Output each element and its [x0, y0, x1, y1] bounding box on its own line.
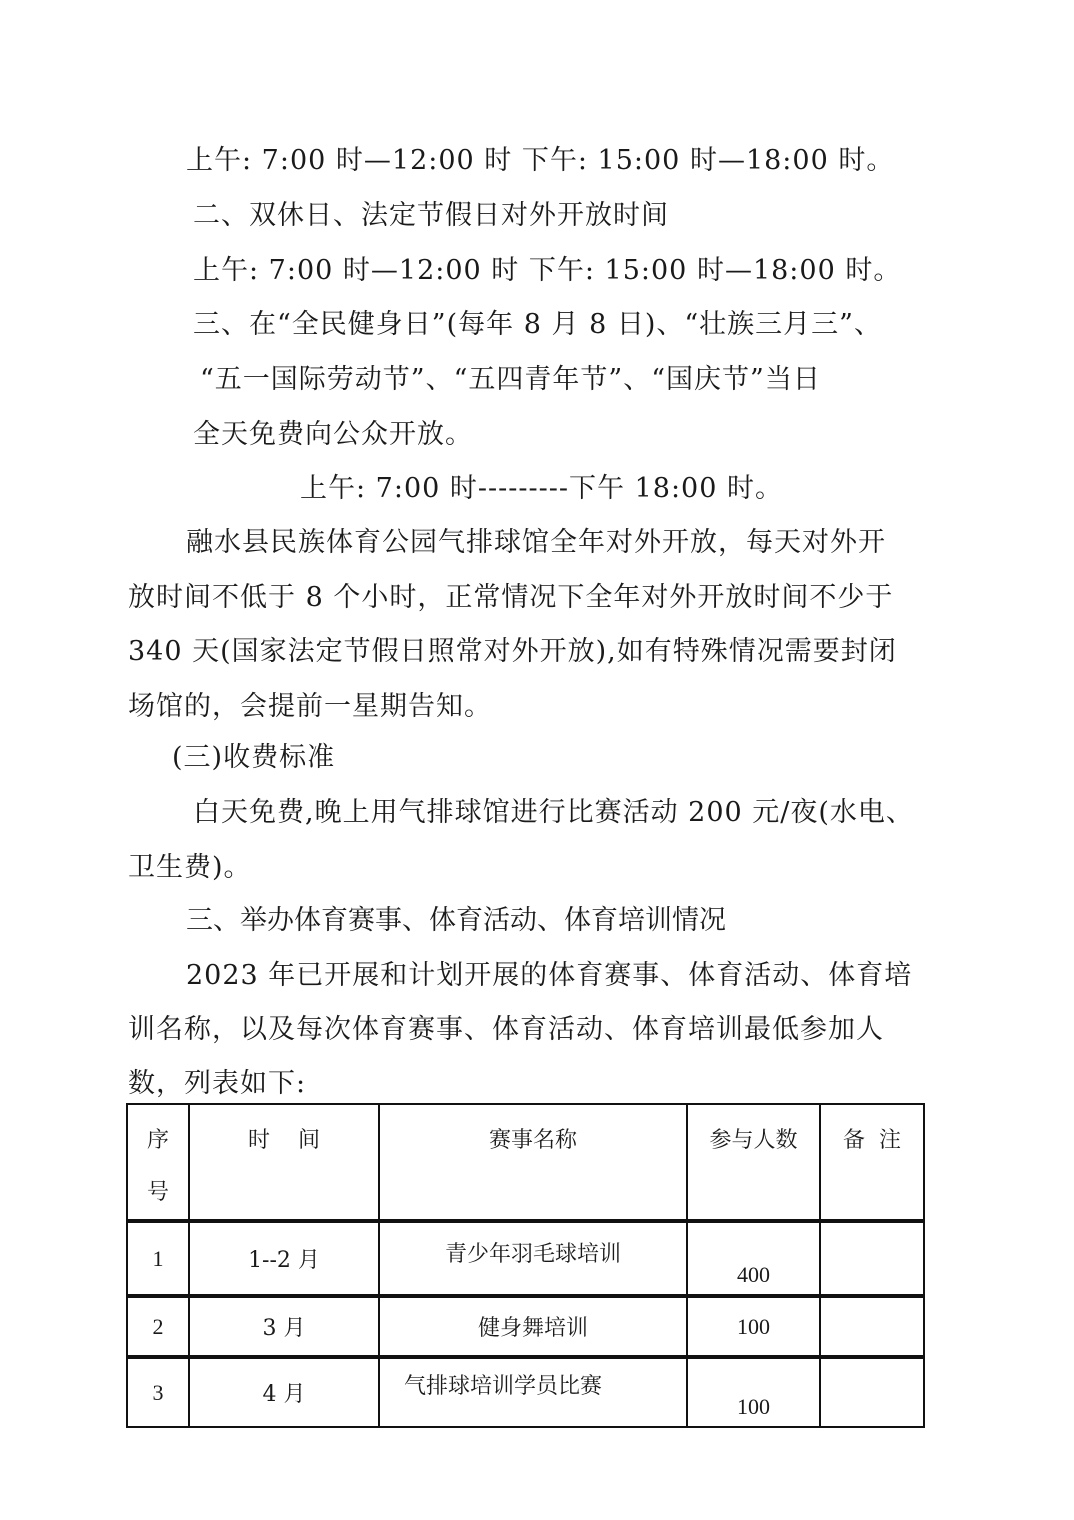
fee-line-1: 白天免费,晚上用气排球馆进行比赛活动 200 元/夜(水电、 — [193, 795, 914, 831]
row-remarks — [820, 1221, 924, 1296]
row-participants: 100 — [687, 1296, 820, 1357]
weekend-hours-line: 上午: 7:00 时—12:00 时 下午: 15:00 时—18:00 时。 — [193, 253, 901, 289]
free-days-line-1: 三、在“全民健身日”(每年 8 月 8 日)、“壮族三月三”、 — [193, 307, 882, 343]
row-name: 气排球培训学员比赛 — [379, 1357, 687, 1427]
row-participants: 400 — [687, 1221, 820, 1296]
table-row: 3 4 月 气排球培训学员比赛 100 — [127, 1357, 924, 1427]
events-table: 序 号 时 间 赛事名称 参与人数 备 注 1 1--2 月 青少年羽毛球培训 … — [126, 1103, 925, 1428]
table-header-row: 序 号 时 间 赛事名称 参与人数 备 注 — [127, 1104, 924, 1221]
row-time: 3 月 — [189, 1296, 379, 1357]
header-name: 赛事名称 — [379, 1104, 687, 1221]
opening-paragraph-line-3: 340 天(国家法定节假日照常对外开放),如有特殊情况需要封闭 — [128, 634, 897, 670]
section-three-heading: 三、举办体育赛事、体育活动、体育培训情况 — [186, 903, 726, 939]
header-seq: 序 号 — [127, 1104, 189, 1221]
free-days-line-2: “五一国际劳动节”、“五四青年节”、“国庆节”当日 — [200, 362, 821, 398]
row-time: 1--2 月 — [189, 1221, 379, 1296]
header-seq-line1: 序 — [147, 1128, 169, 1153]
weekend-hours-heading: 二、双休日、法定节假日对外开放时间 — [193, 198, 669, 234]
row-remarks — [820, 1357, 924, 1427]
row-time: 4 月 — [189, 1357, 379, 1427]
row-name: 青少年羽毛球培训 — [379, 1221, 687, 1296]
opening-paragraph-line-2: 放时间不低于 8 个小时，正常情况下全年对外开放时间不少于 — [128, 580, 893, 616]
free-days-line-3: 全天免费向公众开放。 — [193, 417, 473, 453]
header-time: 时 间 — [189, 1104, 379, 1221]
row-name: 健身舞培训 — [379, 1296, 687, 1357]
fee-line-2: 卫生费)。 — [128, 850, 252, 886]
opening-paragraph-line-4: 场馆的，会提前一星期告知。 — [128, 689, 492, 725]
events-intro-line-3: 数，列表如下: — [128, 1066, 306, 1102]
row-seq: 3 — [127, 1357, 189, 1427]
fee-standard-heading: (三)收费标准 — [172, 740, 335, 776]
header-participants: 参与人数 — [687, 1104, 820, 1221]
header-seq-line2: 号 — [147, 1180, 169, 1205]
table-row: 1 1--2 月 青少年羽毛球培训 400 — [127, 1221, 924, 1296]
free-days-hours-line: 上午: 7:00 时---------下午 18:00 时。 — [300, 471, 783, 507]
events-intro-line-2: 训名称，以及每次体育赛事、体育活动、体育培训最低参加人 — [128, 1012, 884, 1048]
events-intro-line-1: 2023 年已开展和计划开展的体育赛事、体育活动、体育培 — [186, 958, 912, 994]
row-remarks — [820, 1296, 924, 1357]
weekday-hours-line: 上午: 7:00 时—12:00 时 下午: 15:00 时—18:00 时。 — [186, 143, 894, 179]
row-seq: 1 — [127, 1221, 189, 1296]
table-row: 2 3 月 健身舞培训 100 — [127, 1296, 924, 1357]
header-remarks: 备 注 — [820, 1104, 924, 1221]
row-seq: 2 — [127, 1296, 189, 1357]
row-participants: 100 — [687, 1357, 820, 1427]
opening-paragraph-line-1: 融水县民族体育公园气排球馆全年对外开放，每天对外开 — [186, 525, 886, 561]
